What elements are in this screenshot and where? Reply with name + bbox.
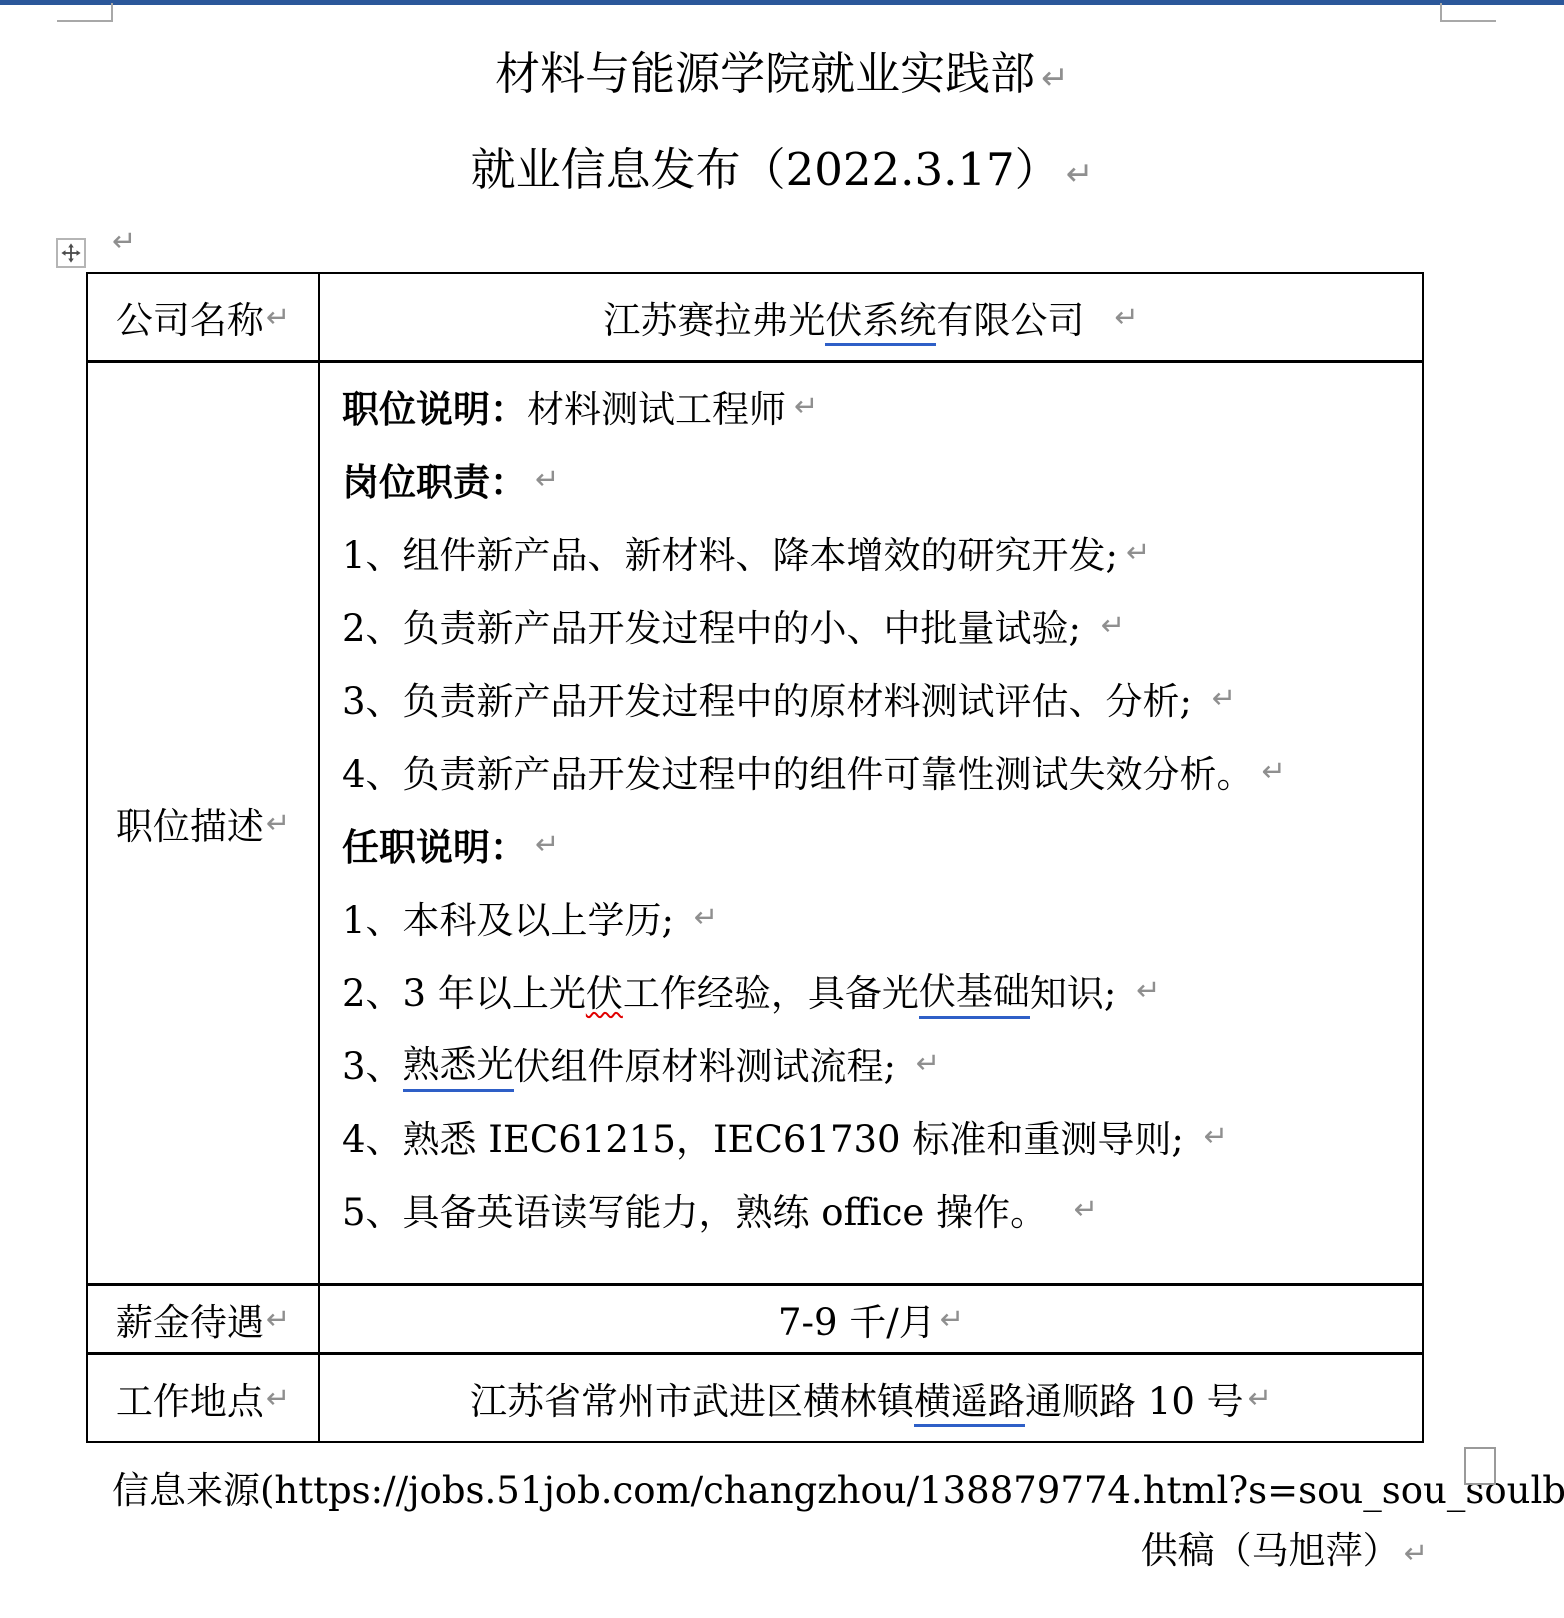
text-segment: 知识; [1030,963,1128,1017]
location-text: 江苏省常州市武进区横林镇横遥路通顺路 10 号 [470,1371,1244,1425]
source-line: 信息来源(https://jobs.51job.com/changzhou/13… [112,1460,1564,1514]
paragraph-mark-icon: ↵ [1066,154,1094,193]
paragraph-mark-icon: ↵ [694,900,718,934]
text-segment: 通顺路 10 号 [1025,1380,1244,1423]
text-segment: 7-9 千/月 [778,1301,936,1344]
text-segment: 5、具备英语读写能力，熟练 office 操作。 [342,1182,1066,1236]
text-segment: 伏系统 [825,299,936,346]
doc-title: 材料与能源学院就业实践部↵ [0,48,1564,104]
description-paragraph: 1、本科及以上学历; ↵ [342,880,1422,953]
table-move-handle[interactable] [56,238,86,268]
row-label: 薪金待遇 [116,1292,264,1346]
row-label: 职位描述 [116,796,264,850]
description-paragraph: 岗位职责：↵ [342,442,1422,515]
row-label: 工作地点 [116,1371,264,1425]
paragraph-mark-icon: ↵ [1248,1381,1272,1415]
text-segment: 材料测试工程师 [527,379,786,433]
text-segment: 有限公司 [936,299,1084,342]
paragraph-mark-icon: ↵ [1114,300,1138,334]
salary-text: 7-9 千/月 [778,1292,936,1346]
paragraph-mark-icon: ↵ [1204,1119,1228,1153]
company-name-value-cell: 江苏赛拉弗光伏系统有限公司↵ [320,274,1422,360]
paragraph-mark-icon: ↵ [1212,681,1236,715]
text-segment: 任职说明： [342,817,527,871]
paragraph-mark-icon: ↵ [1074,1192,1098,1226]
location-value-cell: 江苏省常州市武进区横林镇横遥路通顺路 10 号↵ [320,1355,1422,1441]
salary-value-cell: 7-9 千/月↵ [320,1286,1422,1352]
paragraph-mark-icon: ↵ [1404,1536,1428,1570]
credit-line-text: 供稿（马旭萍） [1141,1529,1400,1572]
paragraph-mark-icon: ↵ [1136,973,1160,1007]
company-name-text: 江苏赛拉弗光伏系统有限公司 [603,290,1084,344]
doc-title-text: 材料与能源学院就业实践部 [495,47,1035,100]
text-segment: 3、负责新产品开发过程中的原材料测试评估、分析; [342,671,1204,725]
table-move-handle-icon [60,242,82,264]
text-segment: 1、本科及以上学历; [342,890,686,944]
paragraph-mark-icon: ↵ [535,827,559,861]
text-segment: 横遥路 [914,1380,1025,1427]
text-segment: 职位说明： [342,379,527,433]
paragraph-mark-icon: ↵ [1262,754,1286,788]
paragraph-mark-icon: ↵ [266,806,290,840]
text-boundary-corner-top-left-icon [57,3,113,22]
description-paragraph: 任职说明：↵ [342,807,1422,880]
text-boundary-corner-top-right-icon [1440,3,1496,22]
document-page: 材料与能源学院就业实践部↵ 就业信息发布（2022.3.17）↵ ↵ 公司名称↵… [0,0,1564,1618]
job-description-label-cell: 职位描述↵ [88,363,320,1283]
job-description-cell: 职位说明：材料测试工程师↵岗位职责：↵1、组件新产品、新材料、降本增效的研究开发… [320,363,1422,1283]
window-top-bar [0,0,1564,5]
paragraph-mark-icon: ↵ [266,1381,290,1415]
doc-subtitle: 就业信息发布（2022.3.17）↵ [0,144,1564,200]
paragraph-mark-icon: ↵ [940,1302,964,1336]
text-segment: 伏 [586,963,623,1017]
paragraph-mark-icon: ↵ [1126,535,1150,569]
text-segment: 江苏省常州市武进区横林镇 [470,1380,914,1423]
description-paragraph: 职位说明：材料测试工程师↵ [342,369,1422,442]
description-paragraph: 3、熟悉光伏组件原材料测试流程; ↵ [342,1026,1422,1099]
description-paragraph: 4、熟悉 IEC61215，IEC61730 标准和重测导则; ↵ [342,1099,1422,1172]
doc-subtitle-text: 就业信息发布（2022.3.17） [471,143,1060,196]
description-paragraph: 5、具备英语读写能力，熟练 office 操作。 ↵ [342,1172,1422,1245]
location-label-cell: 工作地点↵ [88,1355,320,1441]
table-row-company: 公司名称↵ 江苏赛拉弗光伏系统有限公司↵ [88,274,1422,360]
description-paragraph: 3、负责新产品开发过程中的原材料测试评估、分析; ↵ [342,661,1422,734]
paragraph-mark-icon: ↵ [916,1046,940,1080]
company-name-label-cell: 公司名称↵ [88,274,320,360]
text-segment: 熟悉光 [403,1034,514,1092]
table-row-description: 职位描述↵ 职位说明：材料测试工程师↵岗位职责：↵1、组件新产品、新材料、降本增… [88,360,1422,1283]
description-paragraph: 2、3 年以上光伏工作经验，具备光伏基础知识; ↵ [342,953,1422,1026]
text-segment: 岗位职责： [342,452,527,506]
text-segment: 2、负责新产品开发过程中的小、中批量试验; [342,598,1093,652]
row-label: 公司名称 [116,290,264,344]
text-segment: 工作经验，具备光 [623,963,919,1017]
source-line-text: 信息来源(https://jobs.51job.com/changzhou/13… [112,1469,1564,1512]
description-paragraph: 2、负责新产品开发过程中的小、中批量试验; ↵ [342,588,1422,661]
paragraph-mark-icon: ↵ [112,224,136,258]
text-segment: 3、 [342,1036,403,1090]
paragraph-mark-icon: ↵ [266,1302,290,1336]
table-row-salary: 薪金待遇↵ 7-9 千/月↵ [88,1283,1422,1352]
text-segment: 4、熟悉 IEC61215，IEC61730 标准和重测导则; [342,1109,1196,1163]
job-info-table: 公司名称↵ 江苏赛拉弗光伏系统有限公司↵ 职位描述↵ 职位说明：材料测试工程师↵… [86,272,1424,1443]
paragraph-mark-icon: ↵ [266,300,290,334]
text-segment: 2、3 年以上光 [342,963,586,1017]
text-segment: 1、组件新产品、新材料、降本增效的研究开发; [342,525,1118,579]
description-paragraph: 1、组件新产品、新材料、降本增效的研究开发;↵ [342,515,1422,588]
credit-line: 供稿（马旭萍）↵ [1141,1520,1428,1574]
salary-label-cell: 薪金待遇↵ [88,1286,320,1352]
table-row-location: 工作地点↵ 江苏省常州市武进区横林镇横遥路通顺路 10 号↵ [88,1352,1422,1441]
paragraph-mark-icon: ↵ [535,462,559,496]
paragraph-mark-icon: ↵ [1101,608,1125,642]
paragraph-mark-icon: ↵ [794,389,818,423]
paragraph-mark-icon: ↵ [1041,58,1069,97]
text-segment: 伏基础 [919,961,1030,1019]
text-segment: 江苏赛拉弗光 [603,299,825,342]
text-segment: 4、负责新产品开发过程中的组件可靠性测试失效分析。 [342,744,1254,798]
description-paragraph: 4、负责新产品开发过程中的组件可靠性测试失效分析。↵ [342,734,1422,807]
text-segment: 伏组件原材料测试流程; [514,1036,908,1090]
anchor-square-icon [1464,1447,1496,1485]
